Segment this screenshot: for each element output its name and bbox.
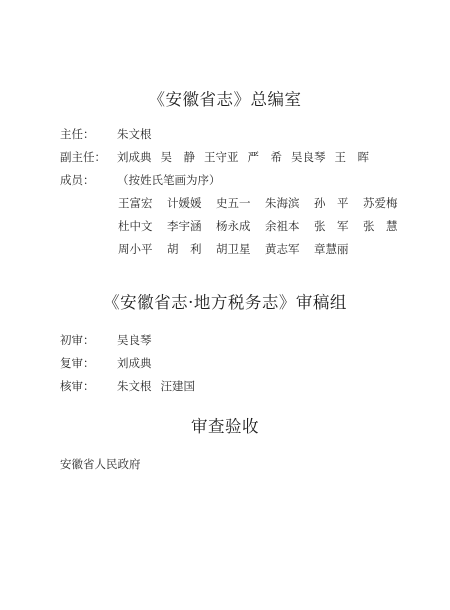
label-char: 复 xyxy=(60,355,72,371)
label-char: 任： xyxy=(83,149,106,165)
final-review-row: 核审：朱文根汪建国 xyxy=(60,378,204,394)
reviewer-name: 刘成典 xyxy=(117,356,152,370)
editorial-office-title: 《安徽省志》总编室 xyxy=(0,86,450,110)
reviewer-name: 朱文根 xyxy=(117,379,152,393)
member-name: 胡卫星 xyxy=(216,241,265,257)
label-char: 审： xyxy=(72,378,95,394)
reviewer-name: 汪建国 xyxy=(161,379,196,393)
member-name: 余祖本 xyxy=(265,218,314,234)
reviewer-name: 吴良琴 xyxy=(117,333,152,347)
member-name: 胡 利 xyxy=(167,241,216,257)
director-name: 朱文根 xyxy=(117,127,152,141)
members-list-row: 杜中文李宇涵杨永成余祖本张 军张 慧 xyxy=(118,218,412,234)
members-label: 成员： xyxy=(60,172,117,188)
members-note: （按姓氏笔画为序） xyxy=(117,173,221,187)
member-name: 周小平 xyxy=(118,241,167,257)
first-review-label: 初审： xyxy=(60,332,117,348)
label-char: 初 xyxy=(60,332,72,348)
final-review-label: 核审： xyxy=(60,378,117,394)
person-name: 严 希 xyxy=(248,150,283,164)
member-name: 朱海滨 xyxy=(265,195,314,211)
director-row: 主任：朱文根 xyxy=(60,126,152,142)
members-list-row: 王富宏计媛媛史五一朱海滨孙 平苏爱梅 xyxy=(118,195,412,211)
member-name: 孙 平 xyxy=(314,195,363,211)
label-char: 任： xyxy=(72,126,95,142)
members-row: 成员：（按姓氏笔画为序） xyxy=(60,172,221,188)
member-name: 黄志军 xyxy=(265,241,314,257)
director-label: 主任： xyxy=(60,126,117,142)
label-char: 主 xyxy=(60,126,72,142)
member-name: 张 军 xyxy=(314,218,363,234)
member-name: 王富宏 xyxy=(118,195,167,211)
deputy-directors-names: 刘成典吴 静王守亚严 希吴良琴王 晖 xyxy=(117,150,378,164)
person-name: 刘成典 xyxy=(117,150,152,164)
member-name: 李宇涵 xyxy=(167,218,216,234)
deputy-directors-row: 副主任：刘成典吴 静王守亚严 希吴良琴王 晖 xyxy=(60,149,378,165)
second-review-row: 复审：刘成典 xyxy=(60,355,152,371)
member-name: 杨永成 xyxy=(216,218,265,234)
person-name: 王 晖 xyxy=(335,150,370,164)
final-reviewer-names: 朱文根汪建国 xyxy=(117,379,204,393)
member-name: 张 慧 xyxy=(363,218,412,234)
member-name: 史五一 xyxy=(216,195,265,211)
label-char: 成 xyxy=(60,172,72,188)
member-name: 计媛媛 xyxy=(167,195,216,211)
member-name: 苏爱梅 xyxy=(363,195,412,211)
label-char: 核 xyxy=(60,378,72,394)
acceptance-organization: 安徽省人民政府 xyxy=(60,456,141,472)
label-char: 员： xyxy=(72,172,95,188)
members-list-row: 周小平胡 利胡卫星黄志军章慧丽 xyxy=(118,241,363,257)
deputy-directors-label: 副主任： xyxy=(60,149,117,165)
label-char: 审： xyxy=(72,332,95,348)
person-name: 王守亚 xyxy=(204,150,239,164)
first-review-row: 初审：吴良琴 xyxy=(60,332,152,348)
acceptance-title: 审查验收 xyxy=(0,413,450,437)
label-char: 主 xyxy=(72,149,84,165)
person-name: 吴良琴 xyxy=(291,150,326,164)
label-char: 副 xyxy=(60,149,72,165)
review-group-title: 《安徽省志·地方税务志》审稿组 xyxy=(0,289,450,313)
person-name: 吴 静 xyxy=(161,150,196,164)
member-name: 章慧丽 xyxy=(314,241,363,257)
label-char: 审： xyxy=(72,355,95,371)
member-name: 杜中文 xyxy=(118,218,167,234)
second-review-label: 复审： xyxy=(60,355,117,371)
